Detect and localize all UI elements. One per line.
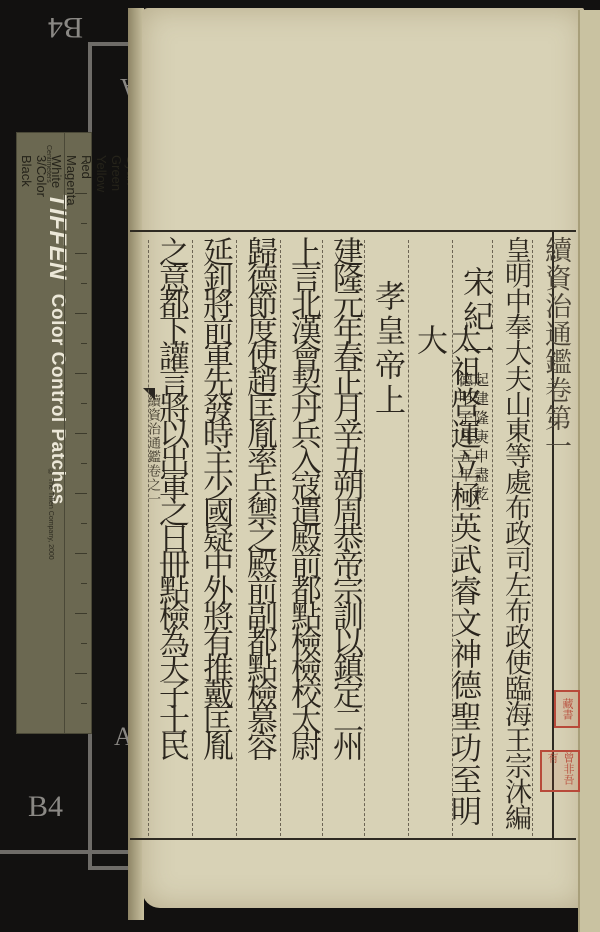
color-name-black: Black (19, 155, 34, 206)
emperor-name-column: 孝皇帝上 (370, 280, 404, 418)
body-column-3: 歸德節度使趙匡胤率兵禦之殿前副都點檢慕容 (242, 236, 276, 756)
card-copyright: © The Tiffen Company, 2000 (47, 469, 54, 560)
author-column: 皇明中奉大夫山東等處布政司左布政使臨海王宗沐編 (498, 236, 532, 829)
column-divider (532, 240, 533, 836)
emperor-title-column: 太祖啓運立極英武睿文神德聖功至明大 (412, 324, 480, 838)
color-control-card: Centimeters Blue Cyan Green Yellow Red M… (16, 132, 92, 734)
label-b4-bottom: B4 (28, 790, 63, 824)
seal-large: 曾非吾有 (540, 750, 580, 792)
color-name-yellow: Yellow (94, 155, 109, 206)
column-divider (408, 240, 409, 836)
body-column-4: 延釗將前軍先發時主少國疑中外將有推戴匡胤 (198, 236, 232, 756)
label-b4-top: B4 (48, 10, 83, 44)
column-divider (364, 240, 365, 836)
column-divider (236, 240, 237, 836)
column-divider (192, 240, 193, 836)
column-divider (148, 240, 149, 836)
column-divider (280, 240, 281, 836)
seal-small: 藏書 (554, 690, 580, 728)
text-frame: 續資治通鑑卷第一 皇明中奉大夫山東等處布政司左布政使臨海王宗沐編 宋紀一 起建隆… (130, 230, 576, 840)
body-column-2: 上言北漢會契丹兵入寇遣殿前都點檢檢校太尉 (286, 236, 320, 756)
book-title-column: 續資治通鑑卷第一 (538, 236, 572, 460)
book-next-page-edge (578, 10, 600, 932)
color-name-green: Green (109, 155, 124, 206)
body-column-5: 之意都下讙言將以出軍之日冊點檢為天子士民 (154, 236, 188, 756)
column-divider (322, 240, 323, 836)
backing-board-line (0, 850, 130, 854)
card-ruler (64, 133, 87, 733)
body-column-1: 建隆元年春正月辛丑朔周恭帝宗訓以鎮定二州 (328, 236, 362, 756)
